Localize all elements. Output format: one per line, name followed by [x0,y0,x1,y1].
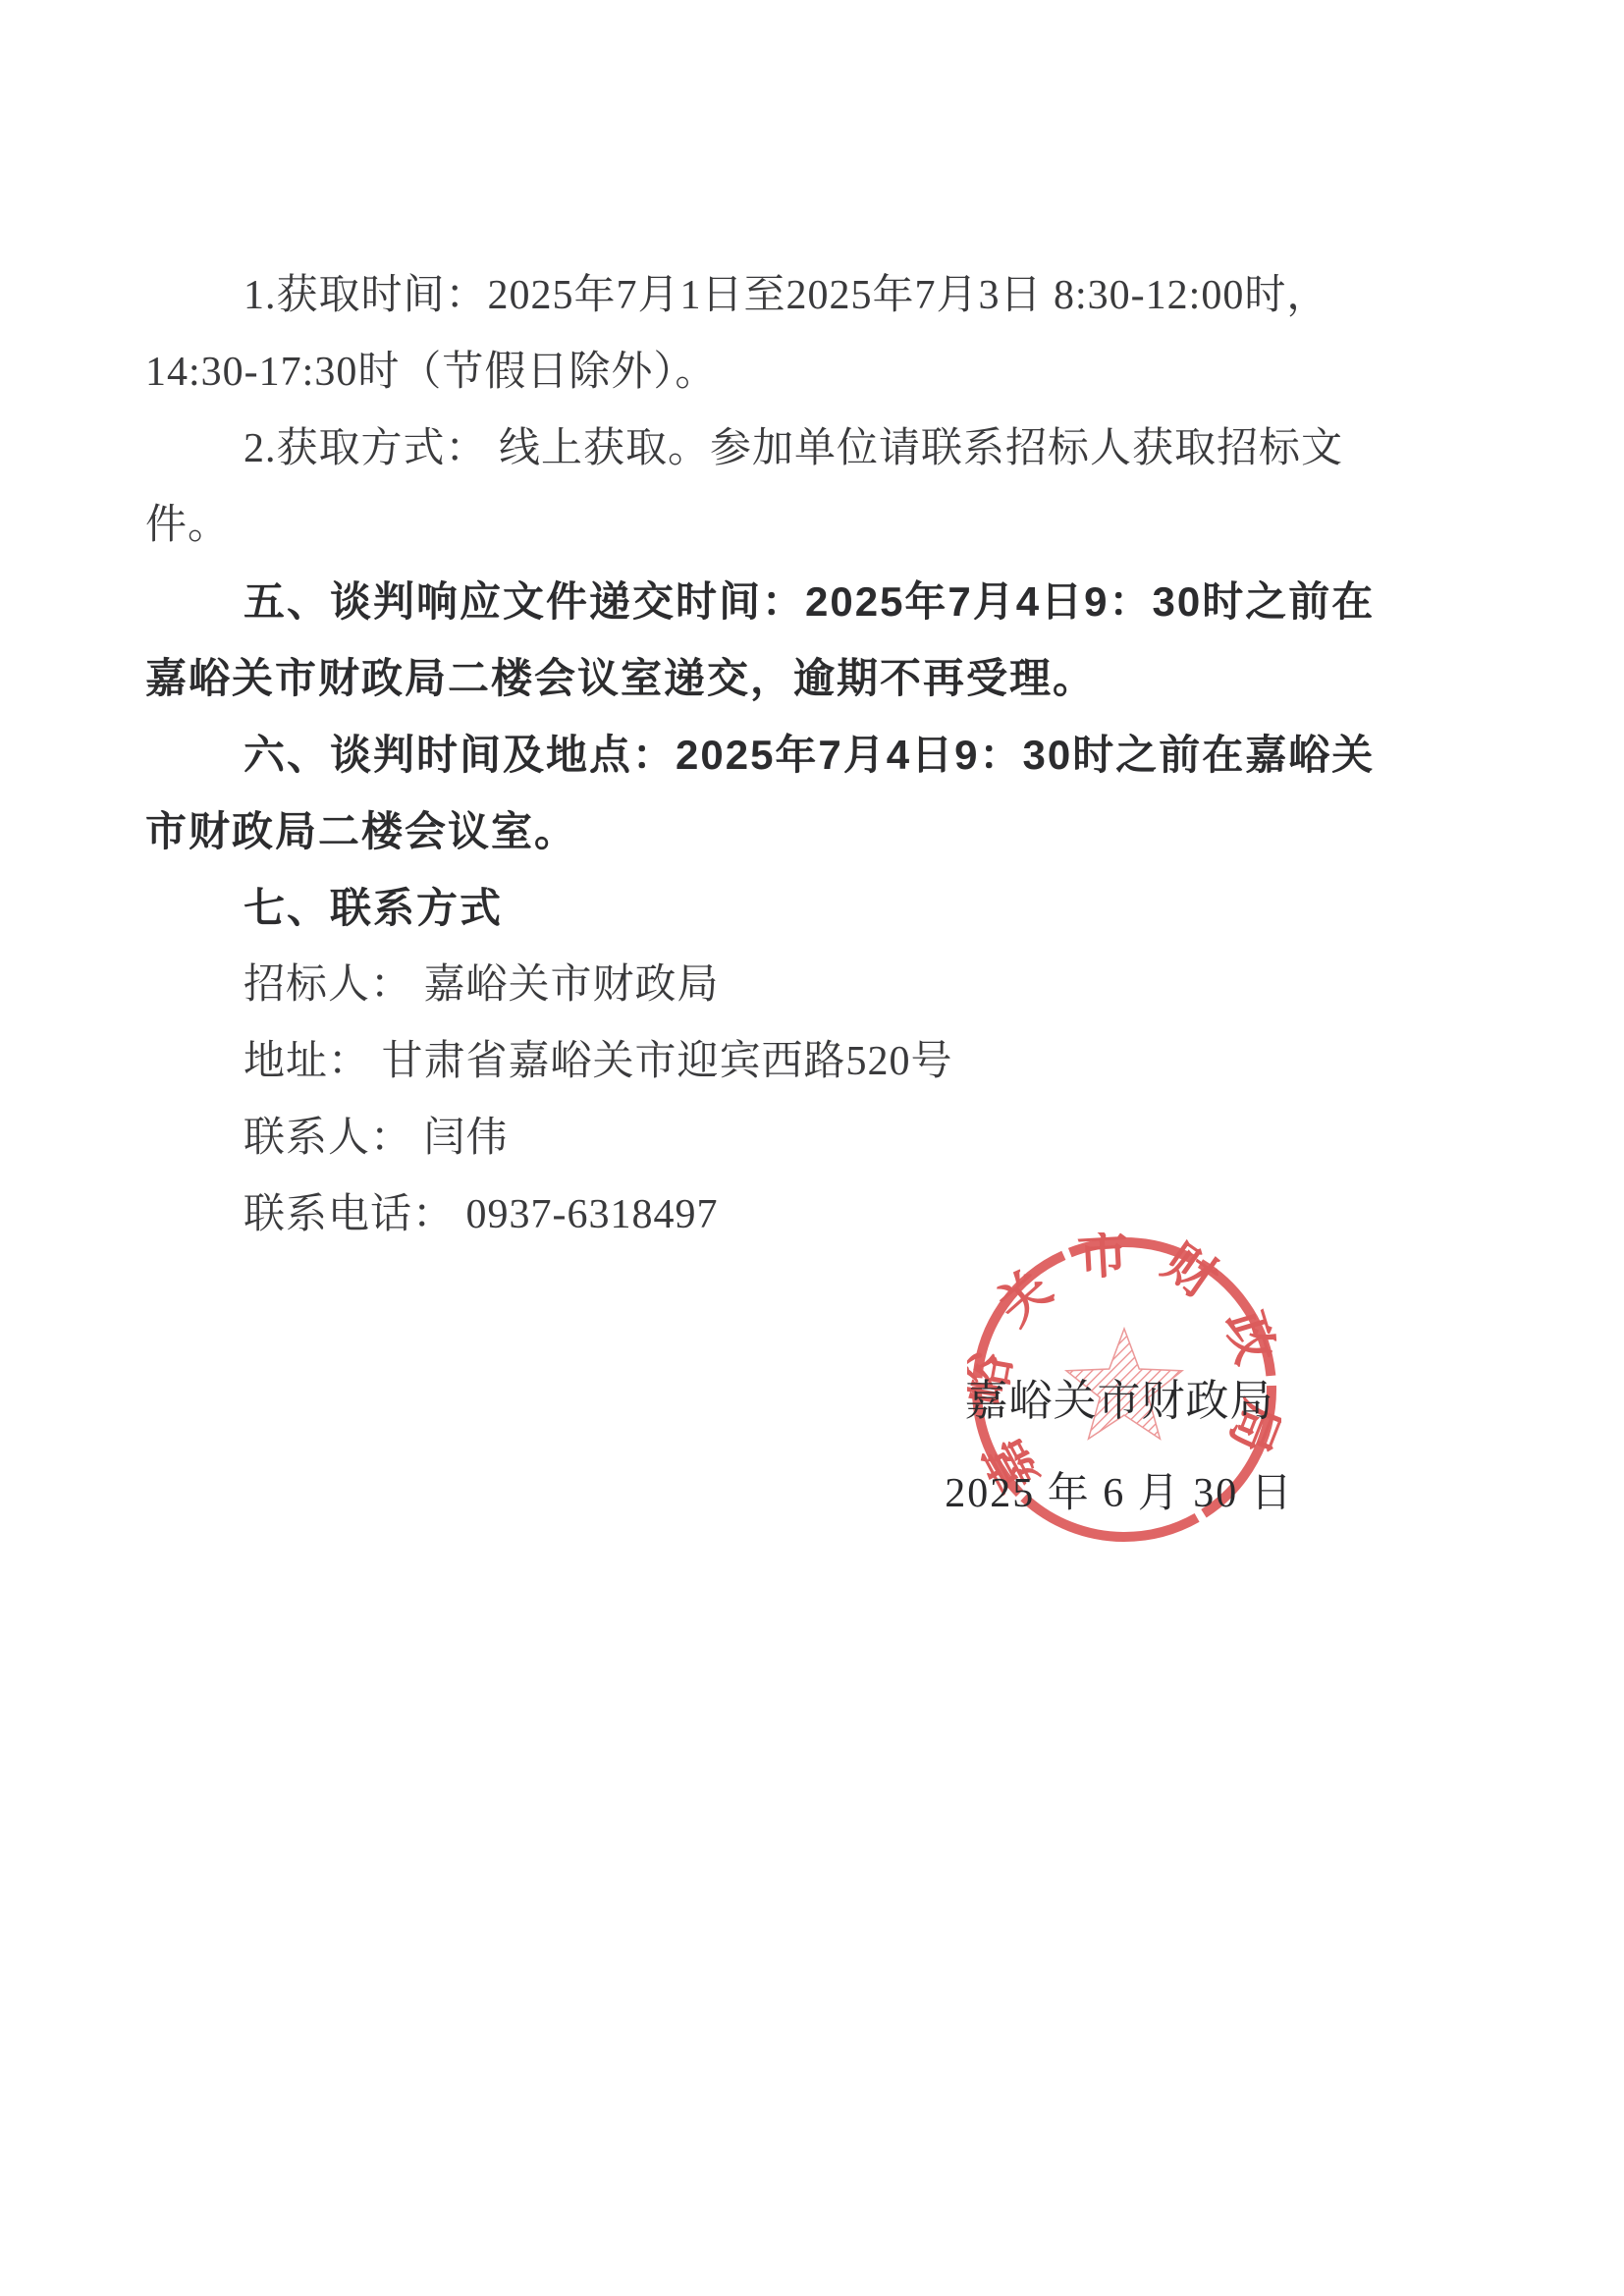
text-line: 联系人： 闫伟 [145,1100,1487,1176]
document-page: { "document": { "kind": "scanned tender … [0,0,1624,2296]
document-body: 1.获取时间：2025年7月1日至2025年7月3日 8:30-12:00时，1… [145,257,1487,1253]
text-line: 五、谈判响应文件递交时间：2025年7月4日9：30时之前在 [145,564,1487,640]
text-line: 联系电话： 0937-6318497 [145,1176,1487,1253]
text-line: 市财政局二楼会议室。 [145,793,1487,870]
page-background: 1.获取时间：2025年7月1日至2025年7月3日 8:30-12:00时，1… [0,0,1624,2296]
signature-block: 嘉峪关市财政局 2025 年 6 月 30 日 [933,1365,1306,1519]
text-line: 2.获取方式： 线上获取。参加单位请联系招标人获取招标文 [145,410,1487,487]
signature-date: 2025 年 6 月 30 日 [933,1460,1306,1519]
signature-org: 嘉峪关市财政局 [933,1365,1306,1428]
text-line: 地址： 甘肃省嘉峪关市迎宾西路520号 [145,1023,1487,1100]
text-line: 14:30-17:30时（节假日除外）。 [145,334,1487,410]
text-line: 嘉峪关市财政局二楼会议室递交，逾期不再受理。 [145,640,1487,717]
text-line: 1.获取时间：2025年7月1日至2025年7月3日 8:30-12:00时， [145,257,1487,334]
text-line: 七、联系方式 [145,870,1487,947]
text-line: 件。 [145,487,1487,564]
text-line: 招标人： 嘉峪关市财政局 [145,947,1487,1023]
text-line: 六、谈判时间及地点：2025年7月4日9：30时之前在嘉峪关 [145,717,1487,793]
